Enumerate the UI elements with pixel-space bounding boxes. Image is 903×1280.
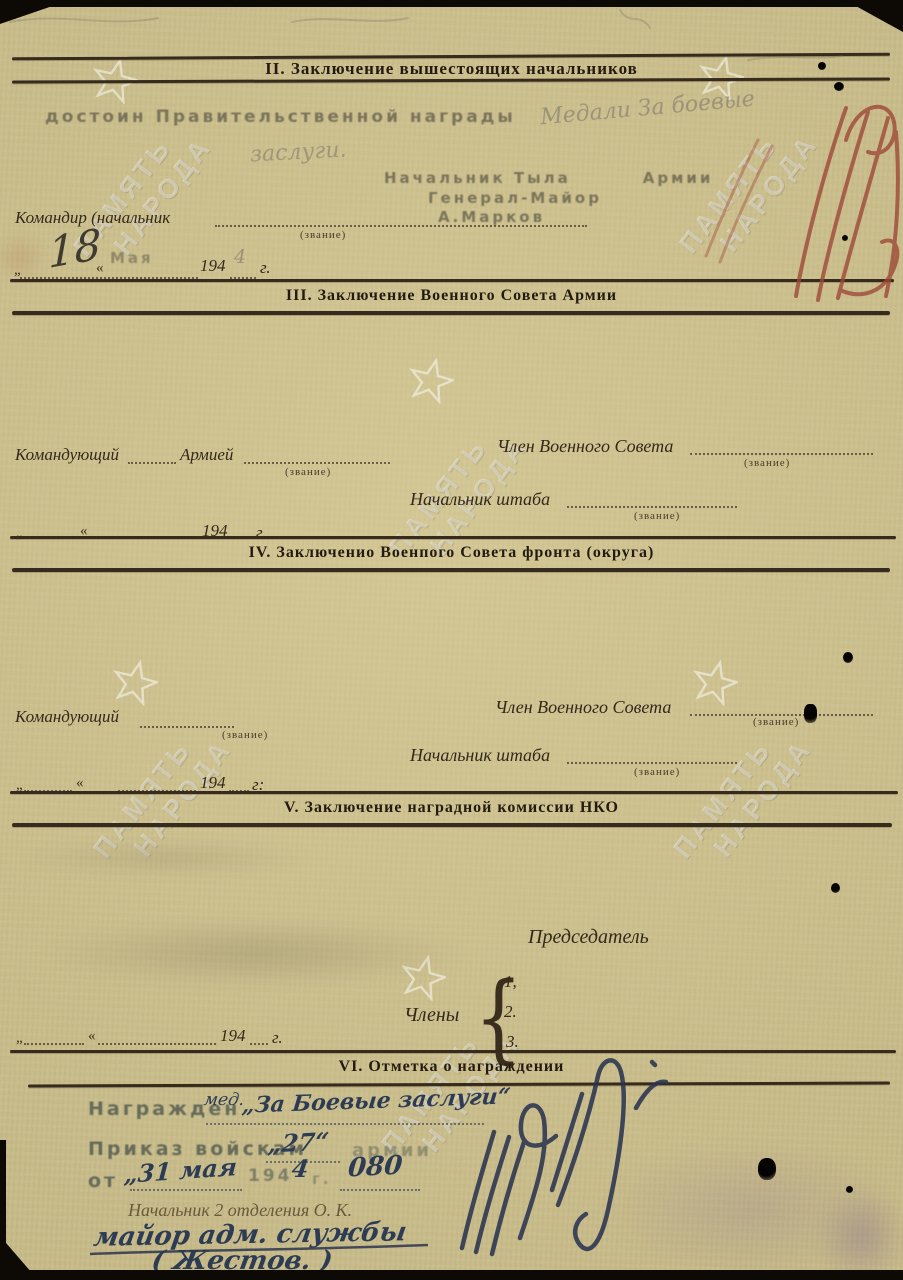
- blank-line: [690, 452, 873, 455]
- blank-line: [250, 1042, 268, 1045]
- ink-smudge: [820, 1190, 903, 1280]
- blank-line: [140, 725, 234, 728]
- watermark-line2: НАРОДА: [714, 129, 825, 258]
- stamp-chief-of-rear: Начальник ТылаАрмии: [384, 169, 713, 187]
- blank-line: [130, 1188, 242, 1191]
- watermark-line1: ПАМЯТЬ: [383, 412, 510, 562]
- handwritten-medal-abbr: мед.: [203, 1090, 246, 1110]
- scan-edge: [0, 0, 903, 7]
- blank-line: [206, 1122, 484, 1125]
- quote-open: „: [16, 525, 23, 542]
- section-iii-title: III. Заключение Военного Совета Армии: [0, 287, 903, 305]
- stamp-rank: Генерал-Майор: [428, 189, 602, 207]
- ink-blot: [804, 704, 817, 723]
- zvanie-caption: (звание): [285, 466, 331, 478]
- ink-smudge: [40, 918, 470, 988]
- rule: [12, 823, 892, 827]
- zvanie-caption: (звание): [634, 510, 680, 522]
- quote-close: «: [96, 260, 104, 277]
- punch-hole: [831, 883, 840, 893]
- stamp-worthy-text: достоин Правительственной награды: [45, 107, 516, 127]
- chief-of-staff-label: Начальник штаба: [410, 745, 550, 766]
- handwritten-medal-name: Медали За боевые: [539, 87, 755, 131]
- ink-smudge: [0, 235, 45, 280]
- handwritten-year-digit: 4: [234, 246, 246, 268]
- member-line-3: 3.: [506, 1032, 519, 1052]
- watermark-pamyat-naroda: ПАМЯТЬНАРОДА: [672, 660, 852, 860]
- watermark-pamyat-naroda: ПАМЯТЬНАРОДА: [388, 358, 568, 558]
- members-label: Члены: [404, 1004, 459, 1027]
- blank-line: [215, 224, 587, 227]
- zvanie-caption: (звание): [753, 716, 799, 728]
- section-v-title: V. Заключение наградной комиссии НКО: [0, 799, 903, 817]
- commanding-label: Командующий: [15, 445, 119, 465]
- from-label: от: [88, 1170, 118, 1192]
- blank-line: [98, 1042, 216, 1045]
- watermark-line1: ПАМЯТЬ: [667, 714, 794, 864]
- star-icon: [408, 358, 454, 404]
- military-council-member-label: Член Военного Совета: [495, 697, 671, 718]
- handwritten-medal-name-2: заслуги.: [249, 137, 347, 167]
- blank-line: [340, 1188, 420, 1191]
- blank-line: [24, 1042, 84, 1045]
- member-line-2: 2.: [504, 1002, 517, 1022]
- rule: [10, 279, 894, 282]
- commanding-label: Командующий: [15, 707, 119, 727]
- handwritten-order-number: 080: [347, 1150, 404, 1183]
- section-ii-title: II. Заключение вышестоящих начальников: [0, 59, 903, 79]
- watermark-line2: НАРОДА: [108, 132, 219, 261]
- punch-hole: [843, 652, 853, 663]
- rule: [12, 568, 890, 572]
- rule: [12, 311, 890, 315]
- handwritten-year-digit: 4: [290, 1154, 311, 1183]
- punch-hole: [846, 1186, 853, 1193]
- scan-edge: [0, 1140, 6, 1280]
- red-signature: [796, 107, 898, 300]
- award-sheet-page: ПАМЯТЬНАРОДА ПАМЯТЬНАРОДА ПАМЯТЬНАРОДА П…: [0, 0, 903, 1280]
- handwritten-day: 18: [48, 219, 101, 278]
- rule: [10, 791, 898, 794]
- section-iv-title: IV. Заключенио Военпого Совета фронта (о…: [0, 544, 903, 562]
- punch-hole: [818, 62, 826, 70]
- stamp-month: Мая: [110, 249, 154, 267]
- military-council-member-label: Член Военного Совета: [497, 436, 673, 457]
- blank-line: [244, 461, 390, 464]
- section-vi-title: VI. Отметка о награждении: [0, 1058, 903, 1076]
- year-suffix: г.: [312, 1170, 332, 1188]
- punch-hole: [842, 235, 848, 241]
- stamp-chief-label: Начальник Тыла: [384, 169, 571, 187]
- scan-edge: [0, 1270, 903, 1280]
- ink-smudge: [15, 840, 315, 876]
- year-printed: 194: [248, 1166, 293, 1186]
- zvanie-caption: (звание): [222, 729, 268, 741]
- year-printed: 194: [220, 1026, 246, 1046]
- punch-hole: [758, 1158, 776, 1180]
- handwritten-medal-name: „За Боевые заслуги“: [241, 1083, 512, 1118]
- rule: [10, 1050, 896, 1053]
- scan-edge: [845, 0, 903, 32]
- watermark-pamyat-naroda: ПАМЯТЬНАРОДА: [678, 55, 858, 255]
- chairman-label: Председатель: [528, 926, 649, 949]
- year-suffix: г.: [256, 523, 267, 543]
- army-label: Армией: [180, 445, 233, 465]
- member-line-1: 1,: [504, 972, 517, 992]
- scan-edge: [0, 0, 70, 24]
- quote-close: «: [88, 1028, 96, 1045]
- year-printed: 194: [200, 256, 226, 276]
- quote-close: «: [76, 775, 84, 792]
- watermark-pamyat-naroda: ПАМЯТЬНАРОДА: [92, 660, 272, 860]
- blank-line: [567, 505, 737, 508]
- stamp-army-label: Армии: [643, 169, 714, 187]
- quote-open: „: [16, 1030, 23, 1047]
- year-suffix: г.: [260, 258, 271, 278]
- rule: [10, 536, 896, 539]
- star-icon: [112, 660, 158, 706]
- watermark-pamyat-naroda: ПАМЯТЬНАРОДА: [380, 955, 560, 1155]
- blank-line: [567, 761, 737, 764]
- year-suffix: г.: [272, 1028, 283, 1048]
- star-icon: [692, 660, 738, 706]
- year-printed: 194: [200, 773, 226, 793]
- blank-line: [128, 461, 176, 464]
- chief-of-staff-label: Начальник штаба: [410, 489, 550, 510]
- punch-hole: [834, 82, 844, 91]
- zvanie-caption: (звание): [300, 229, 346, 241]
- zvanie-caption: (звание): [744, 457, 790, 469]
- zvanie-caption: (звание): [634, 766, 680, 778]
